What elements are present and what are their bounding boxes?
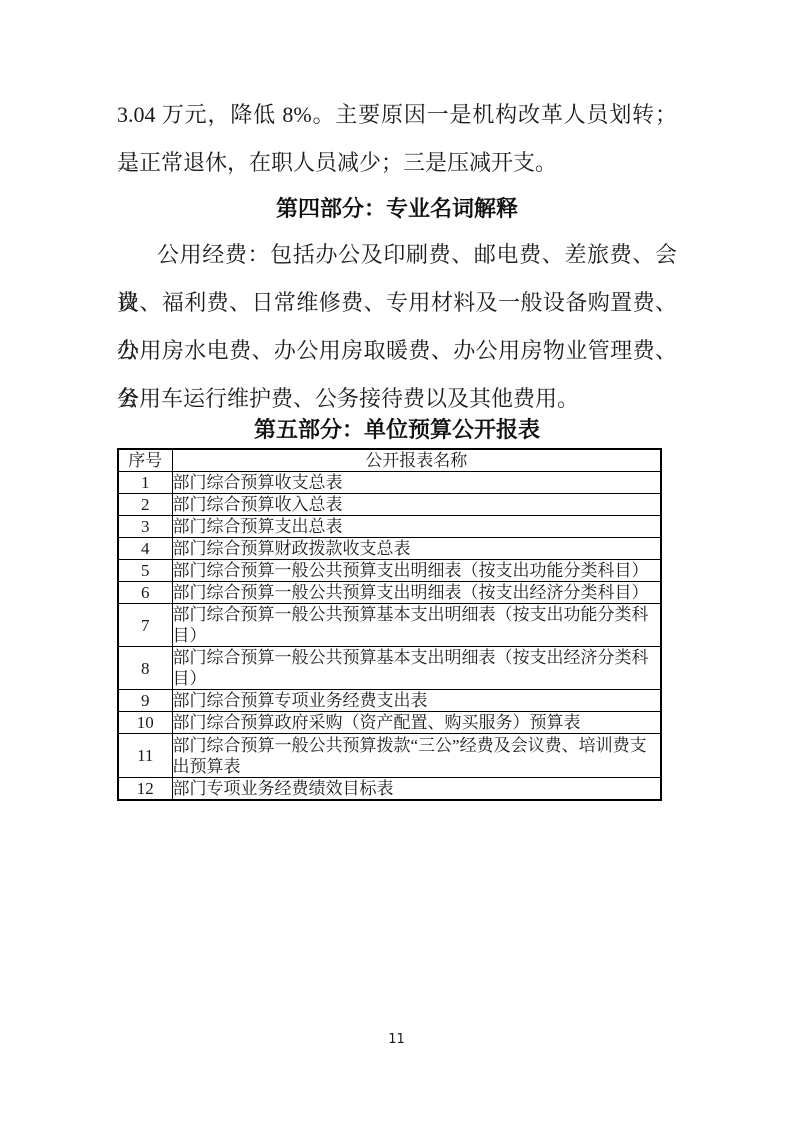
paragraph-line: 费、福利费、日常维修费、专用材料及一般设备购置费、办 [117, 279, 677, 327]
header-cell-name: 公开报表名称 [172, 449, 661, 472]
cell-row-number: 3 [118, 516, 172, 538]
top-margin [117, 0, 677, 91]
report-table: 序号 公开报表名称 1 部门综合预算收支总表 2 部门综合预算收入总表 3 部门… [117, 448, 662, 801]
cell-row-number: 6 [118, 582, 172, 604]
cell-row-number: 9 [118, 690, 172, 712]
table-row: 5 部门综合预算一般公共预算支出明细表（按支出功能分类科目） [118, 560, 661, 582]
cell-report-name: 部门综合预算政府采购（资产配置、购买服务）预算表 [172, 712, 661, 734]
cell-row-number: 5 [118, 560, 172, 582]
table-row: 12 部门专项业务经费绩效目标表 [118, 778, 661, 801]
cell-report-name: 部门综合预算财政拨款收支总表 [172, 538, 661, 560]
table-row: 7 部门综合预算一般公共预算基本支出明细表（按支出功能分类科目） [118, 604, 661, 647]
table-row: 8 部门综合预算一般公共预算基本支出明细表（按支出经济分类科目） [118, 647, 661, 690]
table-row: 11 部门综合预算一般公共预算拨款“三公”经费及会议费、培训费支出预算表 [118, 734, 661, 778]
cell-row-number: 12 [118, 778, 172, 801]
cell-report-name: 部门综合预算专项业务经费支出表 [172, 690, 661, 712]
cell-report-name: 部门综合预算一般公共预算支出明细表（按支出功能分类科目） [172, 560, 661, 582]
paragraph-line: 公用房水电费、办公用房取暖费、办公用房物业管理费、公 [117, 327, 677, 375]
cell-report-name: 部门综合预算一般公共预算支出明细表（按支出经济分类科目） [172, 582, 661, 604]
cell-row-number: 1 [118, 472, 172, 494]
document-page: 3.04 万元，降低 8%。主要原因一是机构改革人员划转；二 是正常退休，在职人… [0, 0, 793, 1122]
table-row: 9 部门综合预算专项业务经费支出表 [118, 690, 661, 712]
page-number: 11 [0, 1032, 793, 1047]
table-row: 4 部门综合预算财政拨款收支总表 [118, 538, 661, 560]
paragraph-line: 3.04 万元，降低 8%。主要原因一是机构改革人员划转；二 [117, 91, 677, 139]
cell-report-name: 部门综合预算一般公共预算基本支出明细表（按支出功能分类科目） [172, 604, 661, 647]
cell-row-number: 7 [118, 604, 172, 647]
page-content: 3.04 万元，降低 8%。主要原因一是机构改革人员划转；二 是正常退休，在职人… [117, 0, 677, 801]
cell-row-number: 2 [118, 494, 172, 516]
paragraph-line: 是正常退休，在职人员减少；三是压减开支。 [117, 139, 677, 187]
paragraph-line: 公用经费：包括办公及印刷费、邮电费、差旅费、会议 [117, 231, 677, 279]
cell-report-name: 部门综合预算一般公共预算基本支出明细表（按支出经济分类科目） [172, 647, 661, 690]
cell-row-number: 4 [118, 538, 172, 560]
cell-row-number: 11 [118, 734, 172, 778]
cell-report-name: 部门综合预算收支总表 [172, 472, 661, 494]
paragraph-line: 务用车运行维护费、公务接待费以及其他费用。 [117, 375, 677, 423]
cell-report-name: 部门综合预算支出总表 [172, 516, 661, 538]
table-row: 3 部门综合预算支出总表 [118, 516, 661, 538]
table-row: 6 部门综合预算一般公共预算支出明细表（按支出经济分类科目） [118, 582, 661, 604]
cell-report-name: 部门综合预算收入总表 [172, 494, 661, 516]
table-row: 10 部门综合预算政府采购（资产配置、购买服务）预算表 [118, 712, 661, 734]
section-heading-part4: 第四部分：专业名词解释 [117, 187, 677, 231]
cell-report-name: 部门综合预算一般公共预算拨款“三公”经费及会议费、培训费支出预算表 [172, 734, 661, 778]
table-header-row: 序号 公开报表名称 [118, 449, 661, 472]
table-row: 2 部门综合预算收入总表 [118, 494, 661, 516]
table-row: 1 部门综合预算收支总表 [118, 472, 661, 494]
cell-row-number: 8 [118, 647, 172, 690]
cell-report-name: 部门专项业务经费绩效目标表 [172, 778, 661, 801]
cell-row-number: 10 [118, 712, 172, 734]
header-cell-no: 序号 [118, 449, 172, 472]
